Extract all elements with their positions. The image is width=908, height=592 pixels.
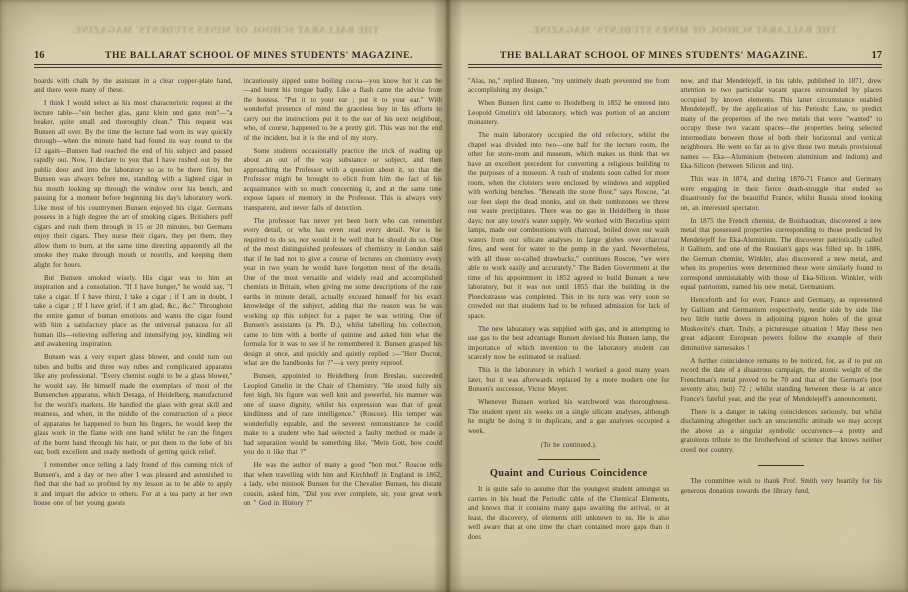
- page-16-header: 16 THE BALLARAT SCHOOL OF MINES STUDENTS…: [34, 50, 442, 61]
- paragraph: The professor has never yet been born wh…: [244, 217, 443, 369]
- paragraph: This is the laboratory in which I worked…: [468, 366, 670, 395]
- page-16-column-1: boards with chalk by the assistant in a …: [34, 77, 233, 513]
- magazine-title: THE BALLARAT SCHOOL OF MINES STUDENTS' M…: [468, 50, 840, 61]
- paragraph: Whenever Bunsen worked his watchword was…: [468, 398, 670, 436]
- continued-note: (To be continued.).: [468, 441, 670, 451]
- paragraph: A further coincidence remains to be noti…: [681, 357, 883, 405]
- paragraph: boards with chalk by the assistant in a …: [34, 77, 233, 96]
- paragraph: This was in 1874, and during 1870-71 Fra…: [681, 175, 883, 213]
- paragraph: In 1875 the French chemist, de Boisbaudr…: [681, 217, 883, 293]
- paragraph: But Bunsen smoked wisely. His cigar was …: [34, 274, 233, 350]
- page-16-columns: boards with chalk by the assistant in a …: [34, 77, 442, 513]
- page-17: THE BALLARAT SCHOOL OF MINES STUDENTS' M…: [458, 0, 908, 592]
- paragraph: incautiously sipped some boiling cocoa—y…: [244, 77, 443, 144]
- header-rule: [468, 64, 882, 68]
- thanks-divider-rule: [758, 465, 804, 466]
- page-17-columns: "Alas, no," replied Bunsen, "my untimely…: [468, 77, 882, 546]
- paragraph: When Bunsen first came to Heidelberg in …: [468, 99, 670, 128]
- paragraph: It is quite safe to assume that the youn…: [468, 485, 670, 542]
- section-divider-rule: [538, 459, 600, 460]
- paragraph: He was the author of many a good "bon mo…: [244, 461, 443, 509]
- page-17-column-1: "Alas, no," replied Bunsen, "my untimely…: [468, 77, 670, 546]
- paragraph: I remember once telling a lady friend of…: [34, 461, 233, 509]
- show-through-text: THE BALLARAT SCHOOL OF MINES STUDENTS' M…: [458, 26, 908, 36]
- thanks-paragraph: The committee wish to thank Prof. Smith …: [681, 477, 883, 496]
- page-number-right: 17: [840, 50, 882, 61]
- paragraph: I think I would select as his most chara…: [34, 99, 233, 270]
- paragraph: Some students occasionally practice the …: [244, 147, 443, 214]
- paragraph: "Alas, no," replied Bunsen, "my untimely…: [468, 77, 670, 96]
- paragraph: The main laboratory occupied the old ref…: [468, 131, 670, 321]
- magazine-title: THE BALLARAT SCHOOL OF MINES STUDENTS' M…: [76, 50, 442, 61]
- page-17-header: THE BALLARAT SCHOOL OF MINES STUDENTS' M…: [468, 50, 882, 61]
- show-through-text: THE BALLARAT SCHOOL OF MINES STUDENTS' M…: [0, 26, 450, 36]
- page-16-column-2: incautiously sipped some boiling cocoa—y…: [244, 77, 443, 513]
- paragraph: The new laboratory was supplied with gas…: [468, 325, 670, 363]
- page-16: THE BALLARAT SCHOOL OF MINES STUDENTS' M…: [0, 0, 450, 592]
- paragraph: Henceforth and for ever, France and Germ…: [681, 296, 883, 353]
- paragraph: There is a danger in taking coincidences…: [681, 408, 883, 456]
- header-rule: [34, 64, 442, 68]
- page-17-column-2: now, and that Mendelejeff, in his table,…: [681, 77, 883, 546]
- magazine-spread: THE BALLARAT SCHOOL OF MINES STUDENTS' M…: [0, 0, 908, 592]
- paragraph: now, and that Mendelejeff, in his table,…: [681, 77, 883, 172]
- paragraph: Bunsen was a very expert glass blower, a…: [34, 353, 233, 458]
- page-number-left: 16: [34, 50, 76, 61]
- section-heading: Quaint and Curious Coincidence: [468, 469, 670, 479]
- paragraph: Bunsen, appointed to Heidelberg from Bre…: [244, 372, 443, 458]
